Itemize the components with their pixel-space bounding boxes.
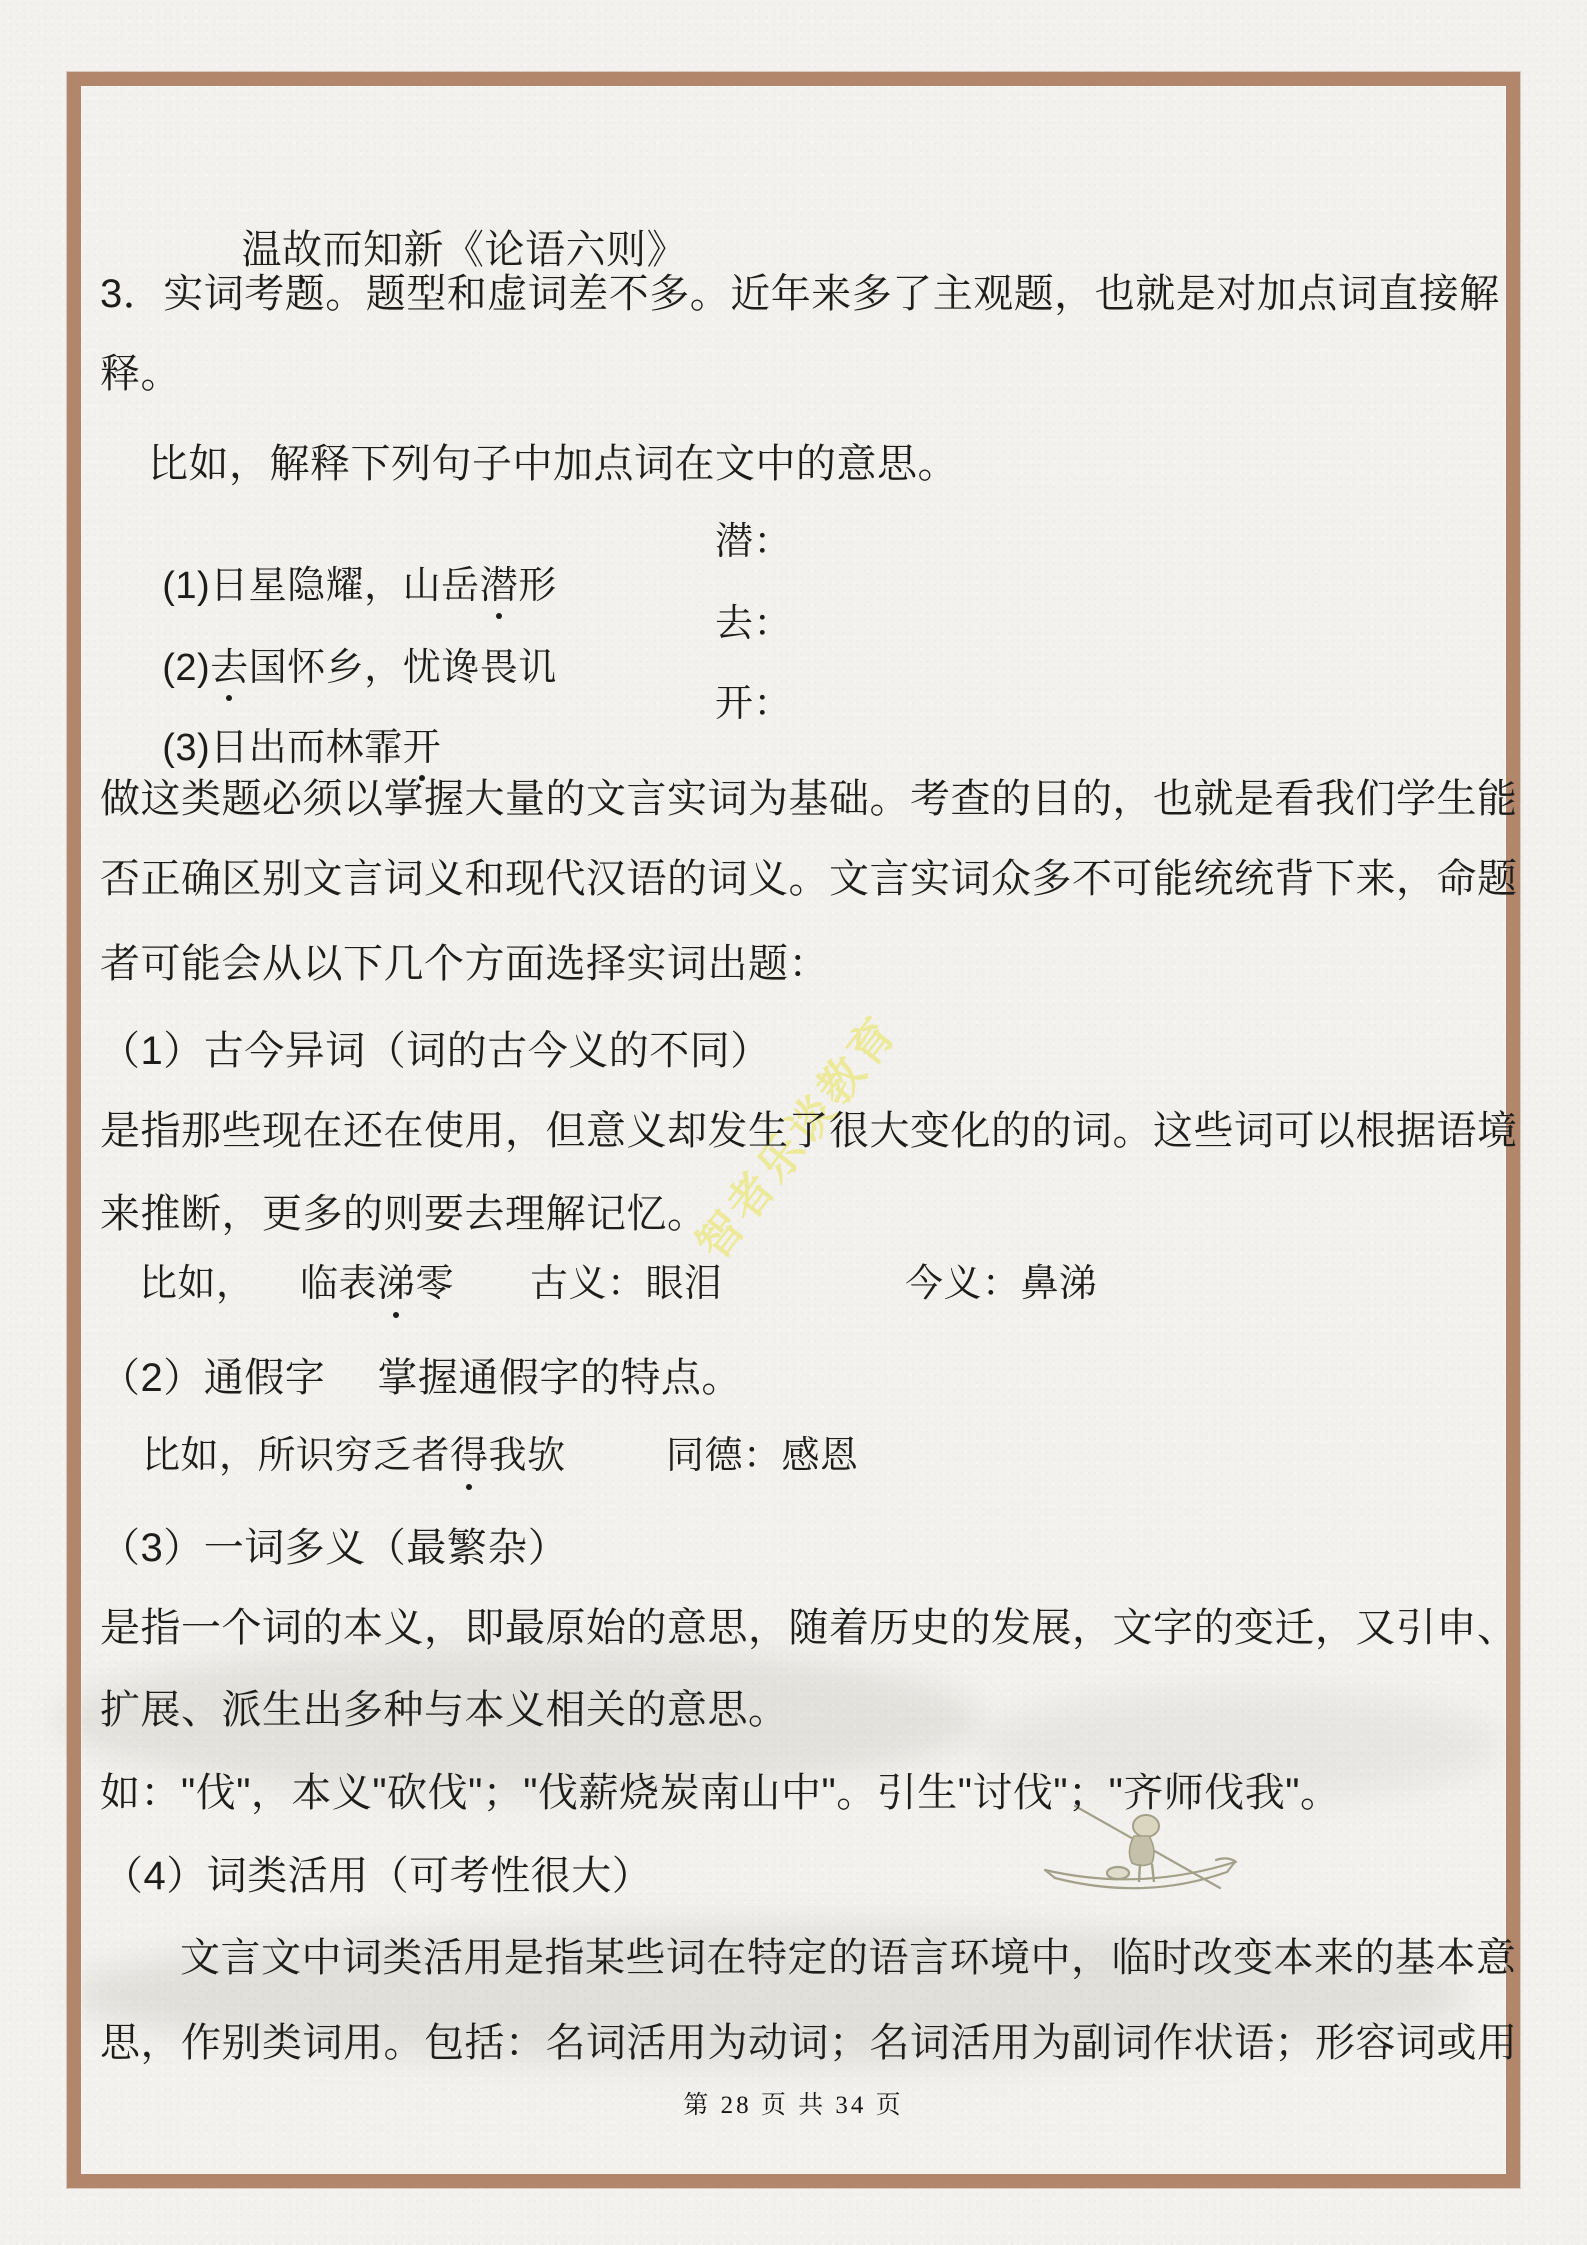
phrase-pre: 比如，所识穷乏者 (142, 1435, 450, 1477)
emphasized-char: 开 (403, 727, 442, 771)
boatman-figure (1129, 1815, 1159, 1882)
example-post: 形 (518, 565, 557, 607)
modern-meaning: 今义：鼻涕 (905, 1263, 1098, 1307)
title-pre: 温 (241, 228, 282, 272)
example-line: (3)日出而林霏开 开： (118, 683, 1418, 858)
boat-illustration (1030, 1800, 1260, 1910)
emphasized-char: 涕 (377, 1263, 416, 1307)
doc-line: 思，作别类词用。包括：名词活用为动词；名词活用为副词作状语；形容词或用 (100, 2020, 1518, 2066)
ancient-meaning: 古义：眼泪 (530, 1263, 723, 1307)
page-footer: 第 28 页 共 34 页 (0, 2085, 1587, 2121)
emphasized-char: 潜 (480, 565, 519, 609)
example-phrase: 比如，所识穷乏者得我欤 (142, 1435, 566, 1479)
doc-line: （1）古今异词（词的古今义的不同） (100, 1028, 771, 1074)
doc-line: 来推断，更多的则要去理解记忆。 (100, 1191, 708, 1237)
tongjia-example-line: 比如，所识穷乏者得我欤 同德：感恩 (0, 1435, 1587, 1610)
doc-line: 是指一个词的本义，即最原始的意思，随着历史的发展，文字的变迁，又引申、 (100, 1605, 1518, 1651)
phrase-post: 零 (416, 1263, 455, 1305)
doc-line: 如："伐"，本义"砍伐"；"伐薪烧炭南山中"。引生"讨伐"；"齐师伐我"。 (100, 1770, 1341, 1816)
example-pre: (1)日星隐耀，山岳 (162, 565, 479, 607)
doc-line: 做这类题必须以掌握大量的文言实词为基础。考查的目的，也就是看我们学生能 (100, 776, 1518, 822)
gloss: 去： (715, 603, 792, 647)
doc-line: 文言文中词类活用是指某些词在特定的语言环境中，临时改变本来的基本意 (180, 1935, 1517, 1981)
doc-line: 否正确区别文言词义和现代汉语的词义。文言实词众多不可能统统背下来，命题 (100, 856, 1518, 902)
doc-line: 释。 (100, 351, 181, 397)
doc-line: 者可能会从以下几个方面选择实词出题： (100, 941, 829, 987)
gloss: 同德：感恩 (666, 1435, 859, 1479)
doc-line: 是指那些现在还在使用，但意义却发生了很大变化的的词。这些词可以根据语境 (100, 1108, 1518, 1154)
title-post: 而知新《论语六则》 (322, 228, 687, 272)
emphasized-char: 得 (450, 1435, 489, 1479)
example-pre: (3)日出而林霏 (162, 727, 402, 769)
phrase-pre: 临表 (300, 1263, 377, 1305)
doc-line: （4）词类活用（可考性很大） (103, 1853, 652, 1899)
example-lead: 比如， (139, 1263, 255, 1307)
doc-line: （2）通假字 掌握通假字的特点。 (100, 1355, 742, 1401)
example-phrase: 临表涕零 (300, 1263, 454, 1307)
doc-line: 比如，解释下列句子中加点词在文中的意思。 (148, 441, 958, 487)
gloss: 潜： (715, 521, 792, 565)
doc-line: 扩展、派生出多种与本义相关的意思。 (100, 1687, 789, 1733)
phrase-post: 我欤 (489, 1435, 566, 1477)
document-page: 智者乐谈教育 温故而知新《论语六则》 3．实词考题。题型和虚词差不多。近年来多了… (0, 0, 1587, 2245)
emphasized-char: 故 (282, 227, 323, 273)
doc-line: （3）一词多义（最繁杂） (100, 1525, 568, 1571)
gloss: 开： (715, 683, 792, 727)
doc-line: 3．实词考题。题型和虚词差不多。近年来多了主观题，也就是对加点词直接解 (100, 271, 1500, 317)
